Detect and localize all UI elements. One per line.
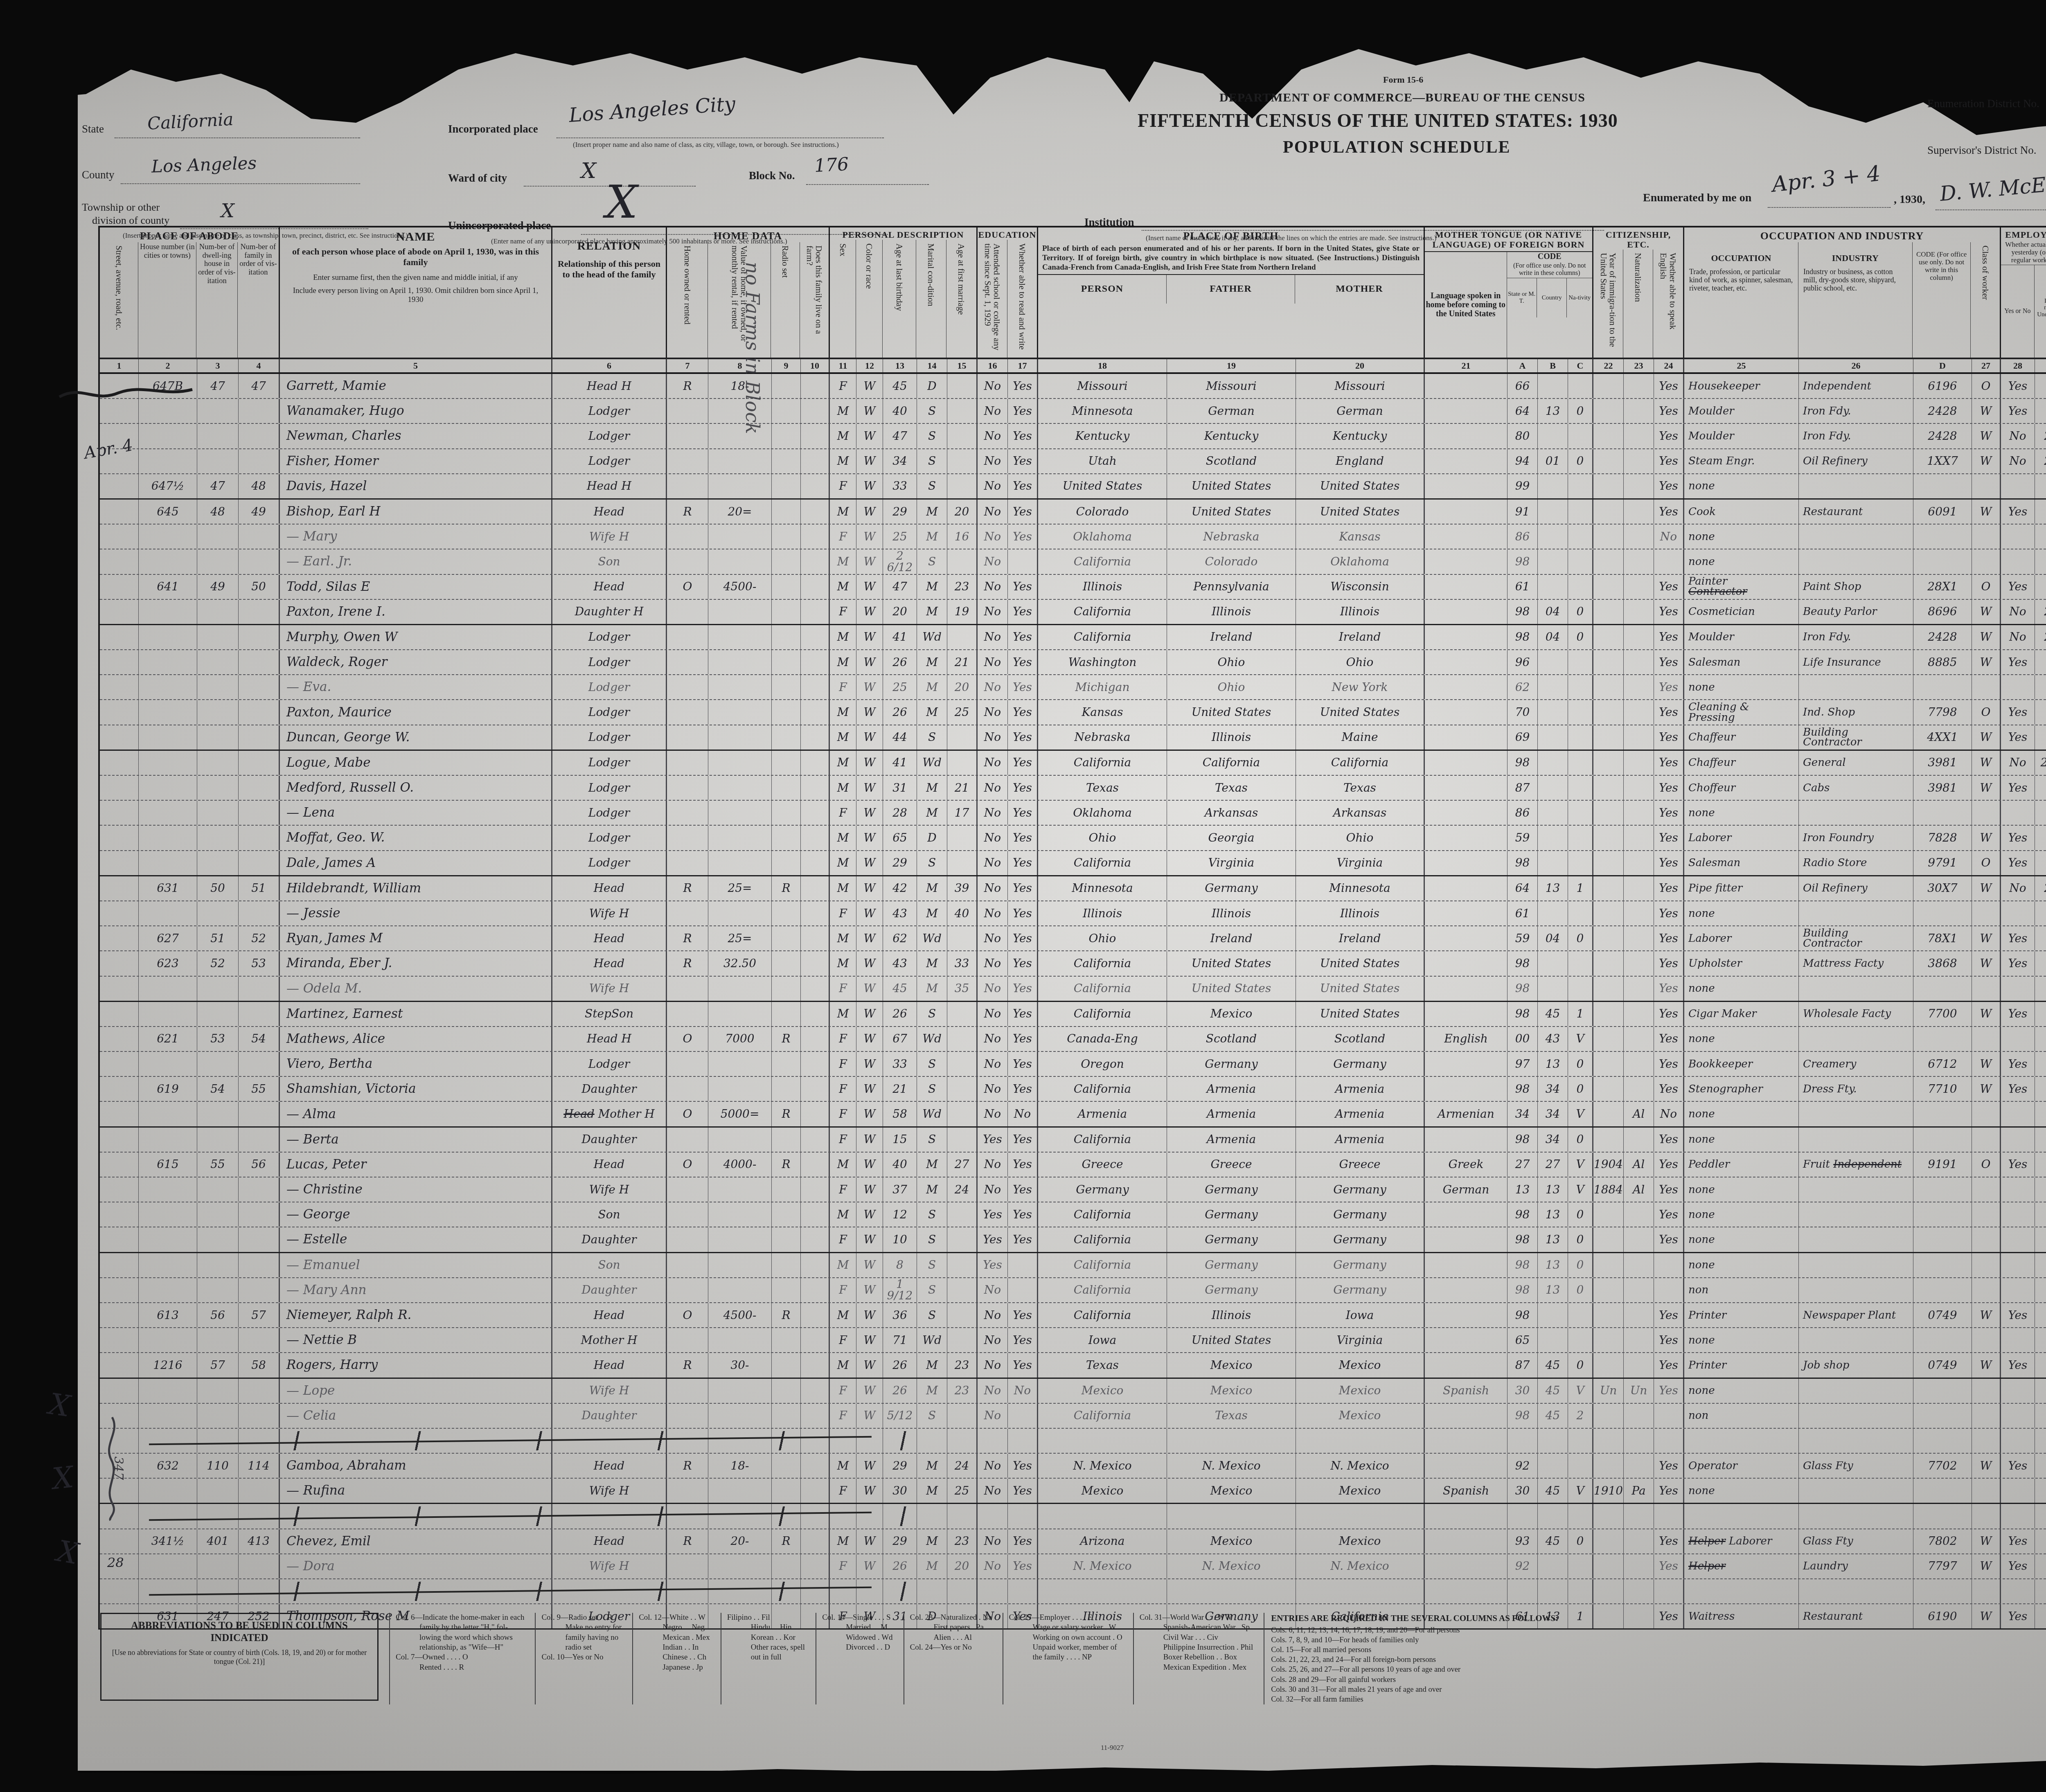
cell: Yes xyxy=(1008,851,1038,875)
cell xyxy=(1624,851,1654,875)
cell: No xyxy=(978,1153,1008,1177)
cell: Germany xyxy=(1296,1253,1425,1277)
cell: W xyxy=(856,1328,883,1352)
incorporated-line xyxy=(557,137,884,138)
cell xyxy=(2035,1002,2046,1026)
cell: Operator xyxy=(1684,1454,1799,1478)
column-number: 16 xyxy=(978,358,1008,372)
cell: W xyxy=(856,1454,883,1478)
cell: Missouri xyxy=(1038,374,1167,398)
cell: Canada-Eng xyxy=(1038,1027,1167,1051)
cell xyxy=(2035,801,2046,825)
cell: O xyxy=(667,1153,708,1177)
cell xyxy=(667,1554,708,1578)
table-row: 6275152Ryan, James MHeadR25=MW62WdNoYesO… xyxy=(100,926,2046,951)
cell: Yes xyxy=(1008,725,1038,750)
col-family-number: Num-ber of family in order of vis-itatio… xyxy=(238,242,279,278)
cell: Logue, Mabe xyxy=(280,751,552,775)
cell xyxy=(667,1479,708,1503)
cell: W xyxy=(856,1102,883,1126)
cell: No xyxy=(978,1328,1008,1352)
cell: Colorado xyxy=(1167,549,1296,574)
cell xyxy=(139,1227,197,1252)
cell: none xyxy=(1684,549,1799,574)
footer-abbrev-line: Make no entry for xyxy=(541,1623,622,1632)
cell: R xyxy=(772,1303,801,1327)
cell xyxy=(1593,1027,1624,1051)
cell xyxy=(239,700,280,724)
cell xyxy=(2035,1077,2046,1101)
col-worked-yesterday: Yes or No xyxy=(2003,307,2031,316)
cell: Moulder xyxy=(1684,424,1799,448)
cell xyxy=(1972,1278,2001,1302)
cell xyxy=(1538,776,1568,800)
cell xyxy=(197,851,239,875)
cell xyxy=(239,625,280,649)
cell: 4000- xyxy=(708,1153,772,1177)
cell: Un xyxy=(1624,1379,1654,1403)
cell: W xyxy=(856,525,883,549)
cell: 51 xyxy=(197,926,239,950)
cell xyxy=(1538,1429,1568,1453)
cell: W xyxy=(856,1227,883,1252)
cell: 48 xyxy=(197,500,239,524)
cell xyxy=(947,399,978,423)
cell xyxy=(1593,1052,1624,1076)
cell xyxy=(1972,1504,2001,1528)
cell xyxy=(1538,549,1568,574)
cell: Viero, Bertha xyxy=(280,1052,552,1076)
cell: Germany xyxy=(1038,1177,1167,1202)
cell: W xyxy=(856,751,883,775)
cell: Yes xyxy=(1654,876,1684,901)
cell: Ohio xyxy=(1038,926,1167,950)
cell: W xyxy=(1972,1052,2001,1076)
table-row: — RufinaWife HFW30M25NoYesMexicoMexicoMe… xyxy=(100,1479,2046,1504)
cell xyxy=(1167,1504,1296,1528)
column-number: C xyxy=(1568,358,1593,372)
cell: 631 xyxy=(139,876,197,901)
cell xyxy=(100,1102,139,1126)
cell: Armenia xyxy=(1038,1102,1167,1126)
cell xyxy=(1425,851,1507,875)
cell xyxy=(239,449,280,473)
cell: 78X1 xyxy=(1913,926,1972,950)
cell: W xyxy=(856,549,883,574)
cell xyxy=(1972,1202,2001,1227)
cell xyxy=(772,901,801,925)
cell xyxy=(2035,1328,2046,1352)
county-line xyxy=(121,182,360,184)
cell xyxy=(772,1404,801,1428)
cell: Yes xyxy=(1008,1303,1038,1327)
cell xyxy=(1538,1504,1568,1528)
cell: R xyxy=(667,1454,708,1478)
cell: Wife H xyxy=(552,1479,667,1503)
cell: F xyxy=(830,801,856,825)
cell xyxy=(1425,549,1507,574)
cell xyxy=(1593,449,1624,473)
group-place-of-abode: PLACE OF ABODE xyxy=(100,227,279,242)
cell: No xyxy=(978,525,1008,549)
col-naturalization: Naturalization xyxy=(1634,253,1643,354)
cell: W xyxy=(856,951,883,975)
cell: W xyxy=(856,1278,883,1302)
cell xyxy=(801,1002,830,1026)
cell xyxy=(667,725,708,750)
cell xyxy=(1593,650,1624,674)
cell: 7828 xyxy=(1913,826,1972,850)
cell: Minnesota xyxy=(1038,876,1167,901)
cell xyxy=(1799,977,1913,1001)
cell: — Emanuel xyxy=(280,1253,552,1277)
cell xyxy=(1624,525,1654,549)
cell: O xyxy=(667,575,708,599)
cell xyxy=(1624,1529,1654,1553)
cell: W xyxy=(856,876,883,901)
cell: No xyxy=(978,826,1008,850)
cell: 87 xyxy=(1507,776,1538,800)
cell: United States xyxy=(1167,1328,1296,1352)
cell: No xyxy=(978,424,1008,448)
cell: W xyxy=(856,675,883,699)
cell xyxy=(801,700,830,724)
cell xyxy=(100,1328,139,1352)
cell xyxy=(1913,1202,1972,1227)
cell: Head H xyxy=(552,1027,667,1051)
cell: 0 xyxy=(1568,1128,1593,1152)
cell: 69 xyxy=(1507,725,1538,750)
cell xyxy=(667,1404,708,1428)
cell xyxy=(1593,1278,1624,1302)
cell: 6712 xyxy=(1913,1052,1972,1076)
cell: M xyxy=(830,1529,856,1553)
column-number: 5 xyxy=(280,358,552,372)
cell xyxy=(1425,575,1507,599)
cell xyxy=(667,851,708,875)
cell: Yes xyxy=(1008,926,1038,950)
footer-col-12b: Filipino . . FilHindu . . HinKorean . . … xyxy=(721,1613,805,1704)
name-sub1: Enter surname first, then the given name… xyxy=(280,270,551,282)
cell xyxy=(708,1002,772,1026)
column-number: 19 xyxy=(1167,358,1296,372)
cell: Lodger xyxy=(552,675,667,699)
cell xyxy=(1425,650,1507,674)
cell xyxy=(667,776,708,800)
cell xyxy=(1425,1554,1507,1578)
cell: 33 xyxy=(947,951,978,975)
cell: Minnesota xyxy=(1038,399,1167,423)
cell: United States xyxy=(1167,474,1296,498)
cell xyxy=(2001,1227,2035,1252)
cell: 13 xyxy=(1538,1202,1568,1227)
cell xyxy=(772,1328,801,1352)
cell: 62 xyxy=(883,926,917,950)
cell: Mathews, Alice xyxy=(280,1027,552,1051)
cell xyxy=(1593,424,1624,448)
cell xyxy=(1425,374,1507,398)
cell: No xyxy=(978,1303,1008,1327)
footer-abbrev-line: Other races, spell xyxy=(727,1643,805,1652)
cell: United States xyxy=(1038,474,1167,498)
table-row: — CeliaDaughterFW5/12SNoCaliforniaTexasM… xyxy=(100,1404,2046,1429)
cell xyxy=(139,1128,197,1152)
cell xyxy=(2035,901,2046,925)
cell: 29 xyxy=(883,1529,917,1553)
cell: California xyxy=(1038,1202,1167,1227)
cell xyxy=(667,1379,708,1403)
cell: Germany xyxy=(1296,1227,1425,1252)
cell xyxy=(1913,474,1972,498)
incorporated-label: Incorporated place xyxy=(448,123,538,135)
township-label: Township or other xyxy=(82,201,160,214)
cell: Germany xyxy=(1167,1278,1296,1302)
cell: 2428 xyxy=(1913,625,1972,649)
cell: — George xyxy=(280,1202,552,1227)
abbreviations-title: ABBREVIATIONS TO BE USED IN COLUMNS INDI… xyxy=(106,1620,373,1644)
cell: S xyxy=(917,1404,947,1428)
cell: Moulder xyxy=(1684,399,1799,423)
township-label2: division of county xyxy=(92,214,169,227)
cell xyxy=(2001,1177,2035,1202)
cell: V xyxy=(1568,1177,1593,1202)
cell: United States xyxy=(1296,951,1425,975)
cell: Scotland xyxy=(1167,449,1296,473)
cell: No xyxy=(1654,1102,1684,1126)
cell: 2A-4 xyxy=(2035,424,2046,448)
cell xyxy=(1593,525,1624,549)
cell xyxy=(1568,1303,1593,1327)
column-number: 1 xyxy=(100,358,139,372)
cell: Lodger xyxy=(552,776,667,800)
cell: 2428 xyxy=(1913,399,1972,423)
cell xyxy=(1538,1579,1568,1603)
cell xyxy=(239,1227,280,1252)
cell xyxy=(947,926,978,950)
footer-abbrev-line: Filipino . . Fil xyxy=(727,1613,805,1623)
cell xyxy=(1568,1504,1593,1528)
cell xyxy=(139,525,197,549)
cell xyxy=(667,650,708,674)
cell: V xyxy=(1568,1153,1593,1177)
cell: Lodger xyxy=(552,625,667,649)
cell: — Berta xyxy=(280,1128,552,1152)
cell: S xyxy=(917,725,947,750)
cell: Helper xyxy=(1684,1554,1799,1578)
cell xyxy=(139,1202,197,1227)
cell: Moffat, Geo. W. xyxy=(280,826,552,850)
cell xyxy=(1799,1278,1913,1302)
cell: Creamery xyxy=(1799,1052,1913,1076)
cell: M xyxy=(830,1002,856,1026)
cell: Lucas, Peter xyxy=(280,1153,552,1177)
cell: W xyxy=(856,650,883,674)
cell: — Mary Ann xyxy=(280,1278,552,1302)
cell: No xyxy=(978,1353,1008,1377)
industry-title: INDUSTRY xyxy=(1798,253,1912,263)
cell: W xyxy=(856,1052,883,1076)
cell xyxy=(1624,1579,1654,1603)
cell: 30 xyxy=(1507,1379,1538,1403)
cell: M xyxy=(917,1454,947,1478)
entries-required-title: ENTRIES ARE REQUIRED IN THE SEVERAL COLU… xyxy=(1271,1613,1733,1624)
cell: Wife H xyxy=(552,1177,667,1202)
cell: Wd xyxy=(917,926,947,950)
cell xyxy=(772,1202,801,1227)
cell xyxy=(197,600,239,624)
cell xyxy=(772,675,801,699)
cell: No xyxy=(978,625,1008,649)
cell: none xyxy=(1684,1379,1799,1403)
footer-abbrev-line: Mexican Expedition . Mex xyxy=(1140,1663,1253,1673)
cell xyxy=(239,650,280,674)
cell xyxy=(947,725,978,750)
cell: Armenia xyxy=(1296,1077,1425,1101)
cell: 613 xyxy=(139,1303,197,1327)
cell xyxy=(197,751,239,775)
cell: Laborer xyxy=(1684,926,1799,950)
cell xyxy=(1624,675,1654,699)
cell xyxy=(1624,424,1654,448)
cell xyxy=(772,977,801,1001)
cell xyxy=(708,1128,772,1152)
cell xyxy=(239,1253,280,1277)
cell xyxy=(1296,1429,1425,1453)
cell xyxy=(197,675,239,699)
cell: Yes xyxy=(1654,1303,1684,1327)
cell: 7702 xyxy=(1913,1454,1972,1478)
table-row: 6235253Miranda, Eber J.HeadR32.50MW43M33… xyxy=(100,951,2046,976)
cell xyxy=(1425,424,1507,448)
footer-abbrev-line: Spanish-American War . Sp xyxy=(1140,1623,1253,1632)
cell: Yes xyxy=(1008,700,1038,724)
footer-abbrev-line: Col. 10—Yes or No xyxy=(541,1652,622,1662)
cell: W xyxy=(856,851,883,875)
cell: 0749 xyxy=(1913,1353,1972,1377)
cell: Greek xyxy=(1425,1153,1507,1177)
cell: — Lope xyxy=(280,1379,552,1403)
cell xyxy=(139,1052,197,1076)
cell: Mexico xyxy=(1167,1379,1296,1403)
cell: Paint Shop xyxy=(1799,575,1913,599)
cell xyxy=(1593,399,1624,423)
group-name: NAME xyxy=(280,227,551,244)
column-number: 26 xyxy=(1799,358,1913,372)
column-number: 15 xyxy=(947,358,978,372)
cell: Yes xyxy=(1654,801,1684,825)
footer-abbrev-line: radio set xyxy=(541,1643,622,1652)
block-value: 176 xyxy=(814,154,849,176)
cell xyxy=(801,1077,830,1101)
cell: — Eva. xyxy=(280,675,552,699)
cell xyxy=(100,725,139,750)
cell: No xyxy=(978,951,1008,975)
cell: 413 xyxy=(239,1529,280,1553)
footer-abbrev-line: Col. 27—Employer . . . . E xyxy=(1009,1613,1122,1623)
cell: No xyxy=(978,1529,1008,1553)
cell: Wanamaker, Hugo xyxy=(280,399,552,423)
cell xyxy=(1624,575,1654,599)
cell xyxy=(100,1379,139,1403)
farms-in-block-note: no Farms in Block xyxy=(741,262,764,900)
cell: Arizona xyxy=(1038,1529,1167,1553)
table-row: 93 xyxy=(100,1429,2046,1454)
cell: Yes xyxy=(978,1202,1008,1227)
cell: — Celia xyxy=(280,1404,552,1428)
cell: Miranda, Eber J. xyxy=(280,951,552,975)
cell xyxy=(1913,1328,1972,1352)
cell xyxy=(1593,1227,1624,1252)
cell xyxy=(1425,675,1507,699)
block-label: Block No. xyxy=(749,169,795,182)
cell xyxy=(1425,901,1507,925)
cell: Yes xyxy=(1008,776,1038,800)
cell xyxy=(1799,1328,1913,1352)
cell xyxy=(1008,549,1038,574)
cell xyxy=(1593,1454,1624,1478)
cell xyxy=(2035,977,2046,1001)
cell xyxy=(1799,1579,1913,1603)
cell: Chevez, Emil xyxy=(280,1529,552,1553)
cell: 0 xyxy=(1568,1202,1593,1227)
cell: M xyxy=(830,424,856,448)
cell xyxy=(801,1554,830,1578)
cell: F xyxy=(830,675,856,699)
cell xyxy=(2035,1379,2046,1403)
cell xyxy=(1008,1579,1038,1603)
cell: Head xyxy=(552,1353,667,1377)
cell: none xyxy=(1684,1102,1799,1126)
cell xyxy=(239,826,280,850)
col-code-nativity: Na-tivity xyxy=(1568,294,1591,302)
cell: 45 xyxy=(883,977,917,1001)
cell: Yes xyxy=(1008,1177,1038,1202)
cell: Illinois xyxy=(1167,901,1296,925)
cell: non xyxy=(1684,1404,1799,1428)
cell: No xyxy=(978,1454,1008,1478)
column-number: 11 xyxy=(830,358,856,372)
cell: M xyxy=(917,575,947,599)
cell: Germany xyxy=(1167,1177,1296,1202)
county-label: County xyxy=(82,169,115,181)
cell xyxy=(1425,751,1507,775)
cell: S xyxy=(917,851,947,875)
cell xyxy=(100,1202,139,1227)
cell: Yes xyxy=(1008,1153,1038,1177)
footer-abbrev-line: Boxer Rebellion . . Box xyxy=(1140,1652,1253,1662)
cell: W xyxy=(1972,1002,2001,1026)
cell: California xyxy=(1038,1227,1167,1252)
cell xyxy=(239,1128,280,1152)
cell: 0 xyxy=(1568,1227,1593,1252)
census-title: FIFTEENTH CENSUS OF THE UNITED STATES: 1… xyxy=(1138,110,1618,131)
cell: M xyxy=(917,901,947,925)
cell: 34 xyxy=(1538,1102,1568,1126)
cell xyxy=(100,1303,139,1327)
cell: Yes xyxy=(1008,1328,1038,1352)
cell: New York xyxy=(1296,675,1425,699)
cell: Missouri xyxy=(1296,374,1425,398)
cell xyxy=(772,801,801,825)
cell xyxy=(801,1253,830,1277)
cell xyxy=(947,1202,978,1227)
cell xyxy=(1913,549,1972,574)
occupation-desc: Trade, profession, or particular kind of… xyxy=(1684,263,1798,296)
cell xyxy=(100,1278,139,1302)
cell xyxy=(772,424,801,448)
cell: 0 xyxy=(1568,926,1593,950)
cell xyxy=(801,851,830,875)
